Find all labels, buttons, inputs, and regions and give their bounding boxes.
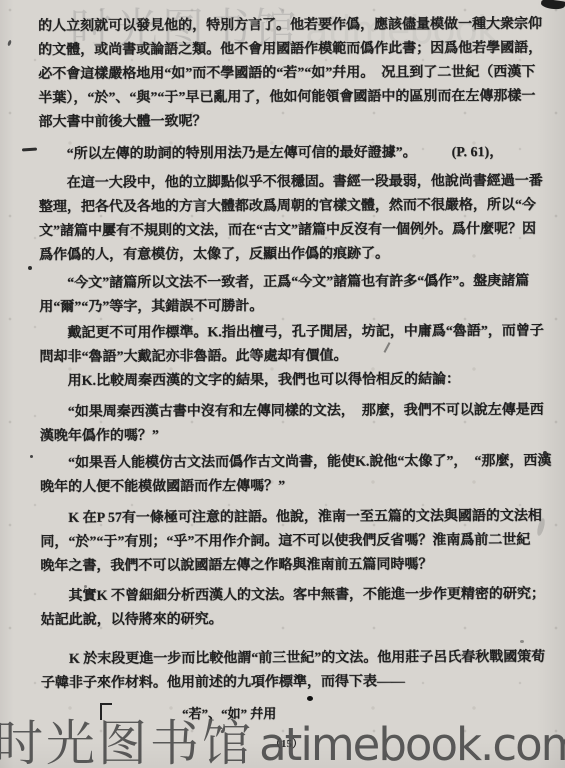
text-line: 必不會這樣嚴格地用“如”而不學國語的“若”“如”幷用。 况且到了二世紀（西漢下 bbox=[38, 61, 550, 87]
text-line-quote: “如果周秦西漢古書中沒有和左傳同樣的文法， 那麼，我們不可以說左傳是西 bbox=[40, 399, 552, 425]
text-line: 的人立刻就可以發見他的，特別方言了。他若要作僞，應該儘量模做一種大衆宗仰 bbox=[38, 13, 550, 39]
text-line: K 於末段更進一步而比較他謂“前三世紀”的文法。他用莊子呂氏春秋戰國策荀 bbox=[41, 646, 553, 672]
table-fragment-text: “若”、“如” 幷用 bbox=[182, 706, 276, 721]
table-fragment: “若”、“如” 幷用 bbox=[100, 703, 276, 722]
ink-speck bbox=[307, 696, 313, 701]
pencil-dot-mark bbox=[28, 266, 32, 270]
text-line: 同，“於”“于”有別；“乎”不用作介詞。這不可以使我們反省嗎？淮南爲前二世紀 bbox=[40, 529, 552, 555]
ink-speck bbox=[7, 40, 12, 47]
page-text: 的人立刻就可以發見他的，特別方言了。他若要作僞，應該儘量模做一種大衆宗仰 的文體… bbox=[38, 13, 553, 696]
scanned-page: 时光图书馆 atimebook 的人立刻就可以發見他的，特別方言了。他若要作僞，… bbox=[0, 0, 565, 768]
text-line: 問却非“魯語”大戴記亦非魯語。此等處却有價值。 bbox=[39, 344, 551, 370]
watermark-bottom: 时光图书馆 atimebook.com bbox=[0, 705, 565, 768]
text-line: 其實K 不曾細細分析西漢人的文法。客中無書，不能進一步作更精密的研究； bbox=[40, 583, 552, 609]
text-line-quote: 晚年的人便不能模做國語而作左傳嗎？” bbox=[40, 474, 552, 500]
text-line: 的文體，或尚書或論語之類。他不會用國語作模範而僞作此書；因爲他若學國語， bbox=[38, 37, 550, 63]
ink-speck bbox=[520, 640, 524, 643]
watermark-bottom-cn-text: 时光图书馆 bbox=[0, 715, 254, 768]
ink-blot bbox=[540, 0, 565, 11]
watermark-bottom-en-text: atimebook.com bbox=[259, 718, 565, 768]
text-line: 部大書中前後大體一致呢？ bbox=[38, 109, 550, 135]
text-line-quote: “如果吾人能模仿古文法而僞作古文尚書，能使K.說他“太像了”， “那麼，西漢 bbox=[40, 450, 552, 476]
text-line: “今文”諸篇所以文法不一致者，正爲“今文”諸篇也有許多“僞作”。盤庚諸篇 bbox=[39, 270, 551, 296]
text-line: 爲作僞的人，有意模仿，太像了，反顯出作僞的痕跡了。 bbox=[39, 242, 551, 268]
text-line: K 在P 57有一條極可注意的註語。他說，淮南一至五篇的文法與國語的文法相 bbox=[40, 505, 552, 531]
text-line: 在這一大段中，他的立脚點似乎不很穩固。書經一段最弱，他說尚書經過一番 bbox=[39, 170, 551, 196]
text-line-quote: 漢晚年僞作的嗎？” bbox=[40, 423, 552, 449]
text-line: 半葉），“於”、“與”“于”早已亂用了，他如何能領會國語中的區別而在左傳那樣一 bbox=[38, 85, 550, 111]
text-line: 文”諸篇中屢有不規則的文法，而在“古文”諸篇中反沒有一個例外。爲什麼呢？因 bbox=[39, 218, 551, 244]
text-line: 子韓非子來作材料。他用前述的九項作標準，而得下表—— bbox=[41, 670, 553, 696]
pencil-dash-mark bbox=[22, 147, 37, 151]
text-line: 戴記更不可用作標準。K.指出檀弓，孔子閒居，坊記，中庸爲“魯語”，而曾子 bbox=[39, 320, 551, 346]
text-line: 整理，把各代及各地的方言大體都改爲周朝的官樣文體，然而不很嚴格，所以“今 bbox=[39, 194, 551, 220]
ink-speck bbox=[84, 585, 87, 588]
text-line: 用“爾”“乃”等字，其錯誤不可勝計。 bbox=[39, 294, 551, 320]
text-line: 用K.比較周秦西漢的文字的結果，我們也可以得恰相反的結論： bbox=[40, 368, 552, 394]
ink-speck bbox=[543, 451, 547, 455]
text-line: 姑記此說，以待將來的研究。 bbox=[41, 607, 553, 633]
text-line-quote: “所以左傳的助詞的特別用法乃是左傳可信的最好證據”。 (P. 61)， bbox=[39, 141, 551, 167]
pencil-dot-mark bbox=[30, 455, 33, 458]
table-corner-bracket bbox=[100, 703, 112, 720]
text-line: 晚年之書，我們不可以說國語左傳之作略與淮南前五篇同時嗎？ bbox=[40, 553, 552, 579]
